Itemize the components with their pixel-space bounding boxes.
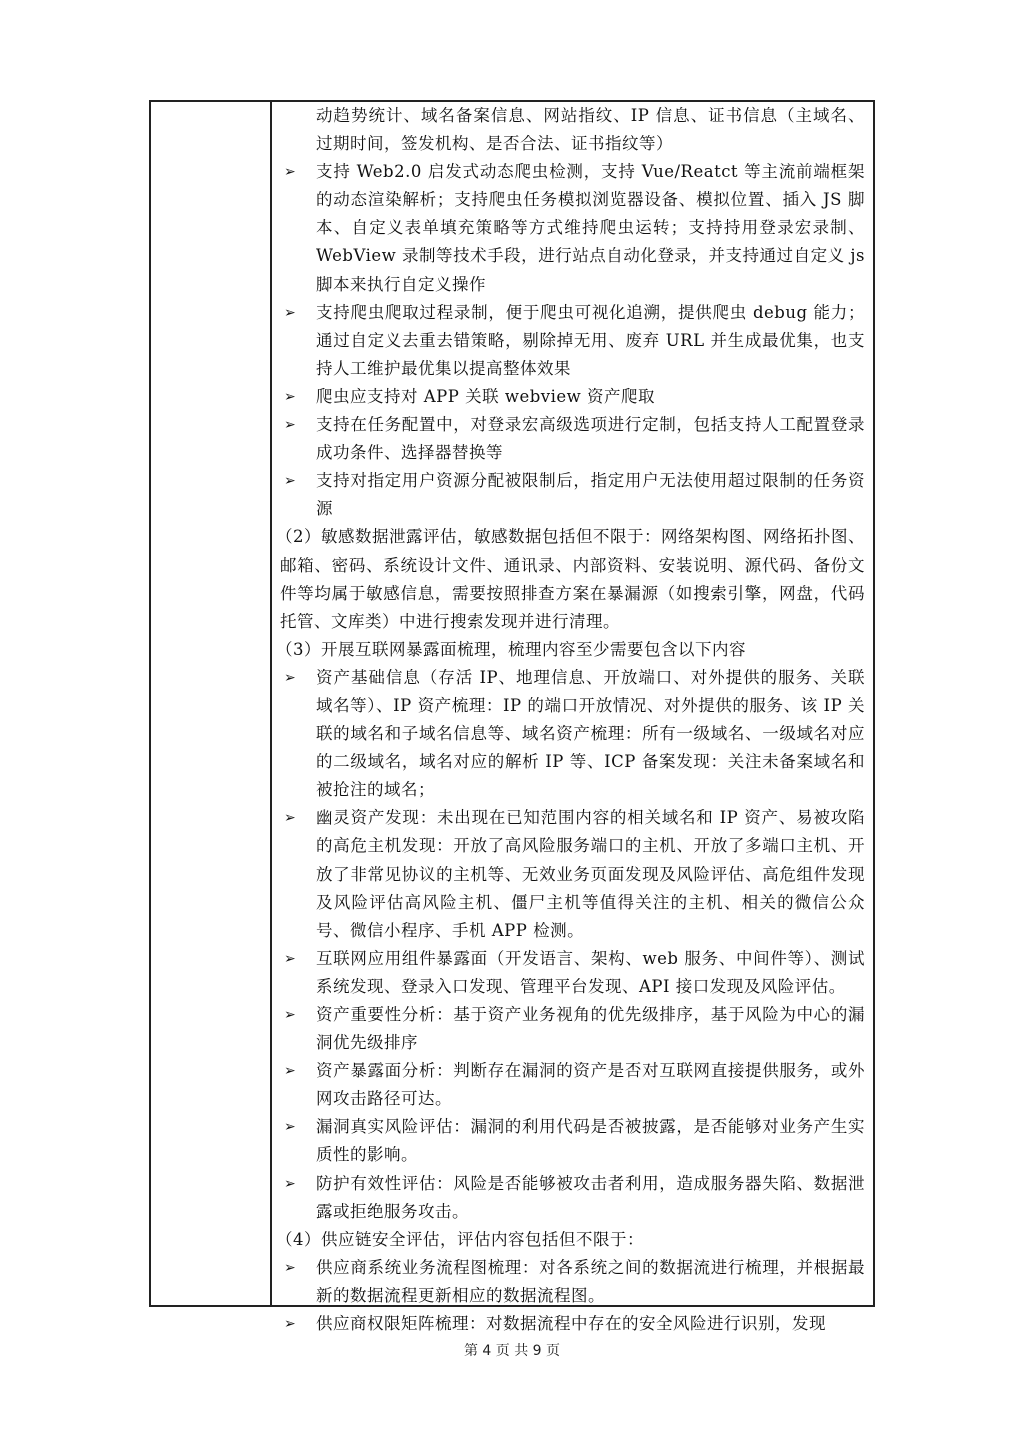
list-item: ➢ 幽灵资产发现：未出现在已知范围内容的相关域名和 IP 资产、易被攻陷的高危主… [280,804,865,944]
arrow-bullet-icon: ➢ [280,1254,316,1310]
table-right-cell: 动趋势统计、域名备案信息、网站指纹、IP 信息、证书信息（主域名、过期时间，签发… [272,102,873,1305]
arrow-bullet-icon: ➢ [280,1057,316,1113]
list-item-text: 互联网应用组件暴露面（开发语言、架构、web 服务、中间件等）、测试系统发现、登… [316,945,865,1001]
arrow-bullet-icon: ➢ [280,158,316,298]
section-4-heading: （4）供应链安全评估，评估内容包括但不限于： [280,1226,865,1254]
list-item-text: 资产暴露面分析：判断存在漏洞的资产是否对互联网直接提供服务，或外网攻击路径可达。 [316,1057,865,1113]
continuation-paragraph: 动趋势统计、域名备案信息、网站指纹、IP 信息、证书信息（主域名、过期时间，签发… [280,102,865,158]
list-item-text: 幽灵资产发现：未出现在已知范围内容的相关域名和 IP 资产、易被攻陷的高危主机发… [316,804,865,944]
list-item: ➢ 防护有效性评估：风险是否能够被攻击者利用，造成服务器失陷、数据泄露或拒绝服务… [280,1170,865,1226]
list-item: ➢ 供应商权限矩阵梳理：对数据流程中存在的安全风险进行识别，发现 [280,1310,865,1338]
arrow-bullet-icon: ➢ [280,1170,316,1226]
list-item-text: 防护有效性评估：风险是否能够被攻击者利用，造成服务器失陷、数据泄露或拒绝服务攻击… [316,1170,865,1226]
list-item-text: 支持爬虫爬取过程录制，便于爬虫可视化追溯，提供爬虫 debug 能力；通过自定义… [316,299,865,383]
list-item: ➢ 资产基础信息（存活 IP、地理信息、开放端口、对外提供的服务、关联域名等）、… [280,664,865,804]
list-item-text: 支持 Web2.0 启发式动态爬虫检测，支持 Vue/Reatct 等主流前端框… [316,158,865,298]
arrow-bullet-icon: ➢ [280,383,316,411]
arrow-bullet-icon: ➢ [280,804,316,944]
arrow-bullet-icon: ➢ [280,1113,316,1169]
list-item-text: 支持在任务配置中，对登录宏高级选项进行定制，包括支持人工配置登录成功条件、选择器… [316,411,865,467]
arrow-bullet-icon: ➢ [280,299,316,383]
list-item-text: 资产基础信息（存活 IP、地理信息、开放端口、对外提供的服务、关联域名等）、IP… [316,664,865,804]
list-item: ➢ 爬虫应支持对 APP 关联 webview 资产爬取 [280,383,865,411]
arrow-bullet-icon: ➢ [280,664,316,804]
list-item-text: 供应商系统业务流程图梳理：对各系统之间的数据流进行梳理，并根据最新的数据流程更新… [316,1254,865,1310]
list-item: ➢ 供应商系统业务流程图梳理：对各系统之间的数据流进行梳理，并根据最新的数据流程… [280,1254,865,1310]
list-item: ➢ 资产暴露面分析：判断存在漏洞的资产是否对互联网直接提供服务，或外网攻击路径可… [280,1057,865,1113]
list-item-text: 支持对指定用户资源分配被限制后，指定用户无法使用超过限制的任务资源 [316,467,865,523]
list-item: ➢ 互联网应用组件暴露面（开发语言、架构、web 服务、中间件等）、测试系统发现… [280,945,865,1001]
requirements-table: 动趋势统计、域名备案信息、网站指纹、IP 信息、证书信息（主域名、过期时间，签发… [149,100,875,1307]
table-left-cell [151,102,272,1305]
page-number-footer: 第 4 页 共 9 页 [0,1340,1024,1360]
list-item: ➢ 支持在任务配置中，对登录宏高级选项进行定制，包括支持人工配置登录成功条件、选… [280,411,865,467]
list-item-text: 供应商权限矩阵梳理：对数据流程中存在的安全风险进行识别，发现 [316,1310,865,1338]
arrow-bullet-icon: ➢ [280,1310,316,1338]
list-item: ➢ 支持 Web2.0 启发式动态爬虫检测，支持 Vue/Reatct 等主流前… [280,158,865,298]
arrow-bullet-icon: ➢ [280,1001,316,1057]
list-item-text: 爬虫应支持对 APP 关联 webview 资产爬取 [316,383,865,411]
list-item: ➢ 漏洞真实风险评估：漏洞的利用代码是否被披露，是否能够对业务产生实质性的影响。 [280,1113,865,1169]
arrow-bullet-icon: ➢ [280,945,316,1001]
list-item-text: 漏洞真实风险评估：漏洞的利用代码是否被披露，是否能够对业务产生实质性的影响。 [316,1113,865,1169]
section-2-paragraph: （2）敏感数据泄露评估，敏感数据包括但不限于：网络架构图、网络拓扑图、邮箱、密码… [280,523,865,635]
list-item: ➢ 支持对指定用户资源分配被限制后，指定用户无法使用超过限制的任务资源 [280,467,865,523]
list-item: ➢ 资产重要性分析：基于资产业务视角的优先级排序，基于风险为中心的漏洞优先级排序 [280,1001,865,1057]
arrow-bullet-icon: ➢ [280,411,316,467]
arrow-bullet-icon: ➢ [280,467,316,523]
list-item-text: 资产重要性分析：基于资产业务视角的优先级排序，基于风险为中心的漏洞优先级排序 [316,1001,865,1057]
section-3-heading: （3）开展互联网暴露面梳理，梳理内容至少需要包含以下内容 [280,636,865,664]
list-item: ➢ 支持爬虫爬取过程录制，便于爬虫可视化追溯，提供爬虫 debug 能力；通过自… [280,299,865,383]
